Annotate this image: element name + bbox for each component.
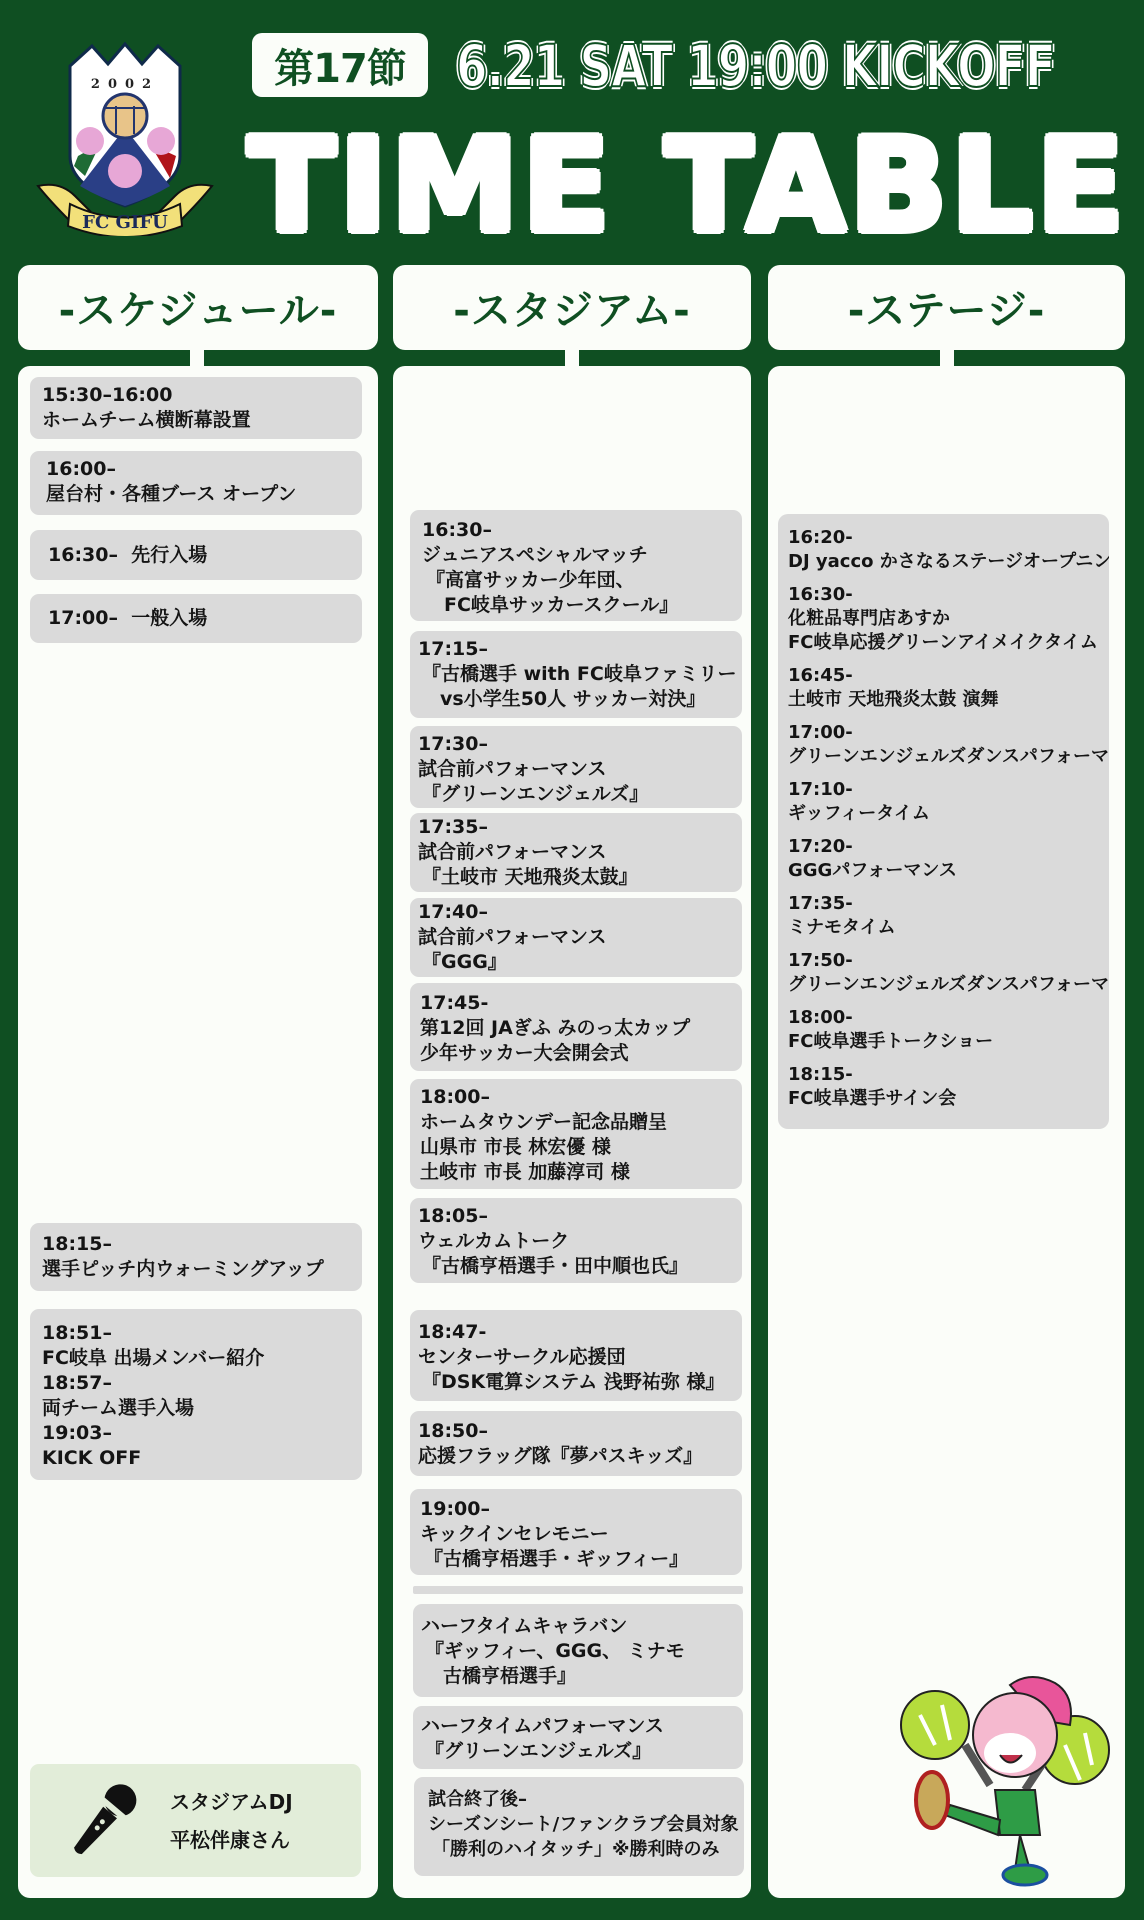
page-title: TIME TABLE (248, 116, 1128, 256)
mascot-illustration (880, 1655, 1120, 1890)
stadium-item: ハーフタイムキャラバン 『ギッフィー、GGG、 ミナモ 古橋亨梧選手』 (413, 1604, 743, 1697)
stadium-item: 16:30– ジュニアスペシャルマッチ 『高富サッカー少年団、 FC岐阜サッカー… (410, 510, 742, 621)
stage-schedule-box: 16:20- DJ yacco かさなるステージオープニング 16:30- 化粧… (778, 514, 1109, 1129)
stage-item: 17:10- ギッフィータイム (788, 778, 1099, 826)
title-word-time: TIME (248, 112, 614, 261)
stage-item: 17:50- グリーンエンジェルズダンスパフォーマンス (788, 949, 1099, 997)
stage-item: 17:00- グリーンエンジェルズダンスパフォーマンス (788, 721, 1099, 769)
schedule-column-header: -スケジュール- (18, 265, 378, 350)
stadium-item: 17:15– 『古橋選手 with FC岐阜ファミリー vs小学生50人 サッカ… (410, 631, 742, 718)
stadium-dj-box: スタジアムDJ 平松伴康さん (30, 1764, 361, 1877)
halftime-divider (413, 1586, 743, 1594)
fc-gifu-logo: 2002 FC GIFU (30, 36, 220, 236)
stage-item: 18:00- FC岐阜選手トークショー (788, 1006, 1099, 1054)
kickoff-info: 6.21 SAT 19:00 KICKOFF (456, 26, 971, 106)
svg-text:FC GIFU: FC GIFU (82, 212, 168, 233)
stadium-item: 18:05– ウェルカムトーク 『古橋亨梧選手・田中順也氏』 (410, 1198, 742, 1283)
stadium-column-header: -スタジアム- (393, 265, 751, 350)
stage-item: 16:45- 土岐市 天地飛炎太鼓 演舞 (788, 664, 1099, 712)
stage-item: 17:20- GGGパフォーマンス (788, 835, 1099, 883)
dj-name: 平松伴康さん (170, 1821, 293, 1859)
microphone-icon (58, 1776, 148, 1866)
schedule-item: 17:00– 一般入場 (30, 594, 362, 643)
stadium-item: 19:00– キックインセレモニー 『古橋亨梧選手・ギッフィー』 (410, 1489, 742, 1575)
stage-item: 17:35- ミナモタイム (788, 892, 1099, 940)
stadium-connector (565, 348, 579, 368)
schedule-item: 18:51– FC岐阜 出場メンバー紹介 18:57– 両チーム選手入場 19:… (30, 1309, 362, 1480)
round-badge: 第17節 (252, 33, 428, 97)
stage-connector (940, 348, 954, 368)
mascot-cheerleader-icon (880, 1655, 1120, 1890)
stage-column-header: -ステージ- (768, 265, 1125, 350)
title-word-table: TABLE (665, 112, 1128, 261)
schedule-item: 15:30–16:00 ホームチーム横断幕設置 (30, 377, 362, 439)
schedule-connector (190, 348, 204, 368)
svg-text:2002: 2002 (91, 77, 159, 92)
dj-label: スタジアムDJ (170, 1783, 293, 1821)
stadium-item: 18:47- センターサークル応援団 『DSK電算システム 浅野祐弥 様』 (410, 1310, 742, 1401)
stadium-item: ハーフタイムパフォーマンス 『グリーンエンジェルズ』 (413, 1706, 743, 1769)
stage-item: 16:20- DJ yacco かさなるステージオープニング (788, 526, 1099, 574)
schedule-item: 16:00– 屋台村・各種ブース オープン (30, 451, 362, 515)
club-crest-icon: 2002 FC GIFU (30, 36, 220, 236)
stadium-item: 18:00– ホームタウンデー記念品贈呈 山県市 市長 林宏優 様 土岐市 市長… (410, 1079, 742, 1189)
stadium-item: 17:35– 試合前パフォーマンス 『土岐市 天地飛炎太鼓』 (410, 813, 742, 892)
stage-item: 18:15- FC岐阜選手サイン会 (788, 1063, 1099, 1111)
stadium-item: 17:40– 試合前パフォーマンス 『GGG』 (410, 898, 742, 977)
schedule-item: 16:30– 先行入場 (30, 530, 362, 580)
stadium-item: 18:50– 応援フラッグ隊『夢パスキッズ』 (410, 1411, 742, 1476)
stadium-item: 試合終了後– シーズンシート/ファンクラブ会員対象 「勝利のハイタッチ」※勝利時… (414, 1777, 744, 1876)
stadium-item: 17:45- 第12回 JAぎふ みのっ太カップ 少年サッカー大会開会式 (410, 983, 742, 1071)
stage-item: 16:30- 化粧品専門店あすか FC岐阜応援グリーンアイメイクタイム (788, 583, 1099, 655)
stadium-item: 17:30– 試合前パフォーマンス 『グリーンエンジェルズ』 (410, 726, 742, 808)
schedule-item: 18:15– 選手ピッチ内ウォーミングアップ (30, 1223, 362, 1291)
